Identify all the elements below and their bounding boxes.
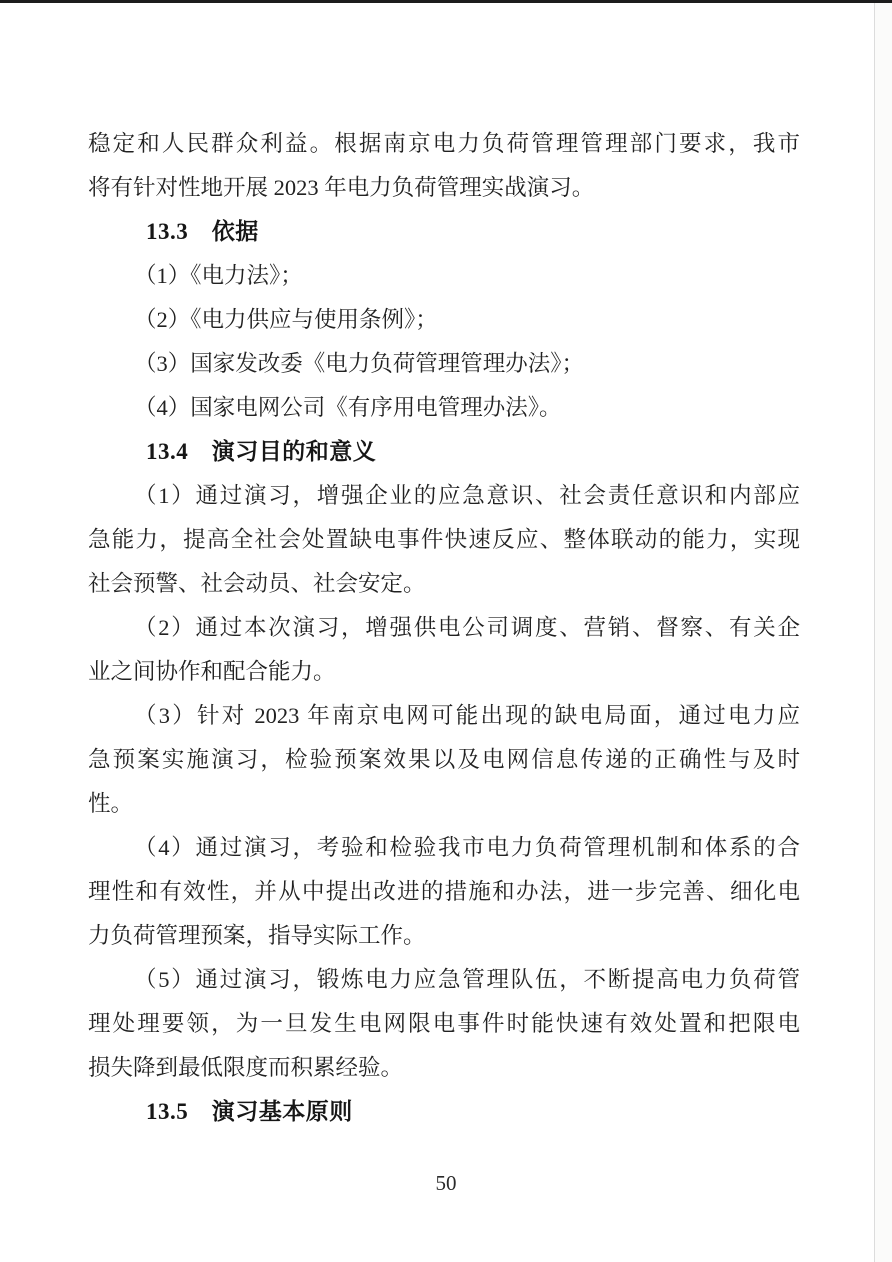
paragraph-line: 损失降到最低限度而积累经验。	[88, 1046, 800, 1090]
paragraph-line: 业之间协作和配合能力。	[88, 650, 800, 694]
paragraph-line: 性。	[88, 782, 800, 826]
paragraph-line: 稳定和人民群众利益。根据南京电力负荷管理管理部门要求，我市	[88, 122, 800, 166]
list-item: （3）国家发改委《电力负荷管理管理办法》；	[88, 342, 800, 386]
list-item: （4）国家电网公司《有序用电管理办法》。	[88, 386, 800, 430]
paragraph-line: 理性和有效性，并从中提出改进的措施和办法，进一步完善、细化电	[88, 870, 800, 914]
paragraph-line: 急能力，提高全社会处置缺电事件快速反应、整体联动的能力，实现	[88, 518, 800, 562]
paragraph-line: 理处理要领，为一旦发生电网限电事件时能快速有效处置和把限电	[88, 1002, 800, 1046]
text-block: 稳定和人民群众利益。根据南京电力负荷管理管理部门要求，我市 将有针对性地开展 2…	[88, 122, 800, 1134]
scan-right-margin	[875, 3, 892, 1262]
section-heading-13-4: 13.4 演习目的和意义	[88, 430, 800, 474]
section-heading-13-5: 13.5 演习基本原则	[88, 1090, 800, 1134]
document-page: 稳定和人民群众利益。根据南京电力负荷管理管理部门要求，我市 将有针对性地开展 2…	[0, 0, 892, 1262]
paragraph-line: 社会预警、社会动员、社会安定。	[88, 562, 800, 606]
paragraph-line: （3）针对 2023 年南京电网可能出现的缺电局面，通过电力应	[88, 694, 800, 738]
paragraph-line: （1）通过演习，增强企业的应急意识、社会责任意识和内部应	[88, 474, 800, 518]
list-item: （1）《电力法》；	[88, 254, 800, 298]
scan-right-edge-line	[874, 3, 875, 1262]
list-item: （2）《电力供应与使用条例》；	[88, 298, 800, 342]
paragraph-line: 力负荷管理预案，指导实际工作。	[88, 914, 800, 958]
section-heading-13-3: 13.3 依据	[88, 210, 800, 254]
paragraph-line: （2）通过本次演习，增强供电公司调度、营销、督察、有关企	[88, 606, 800, 650]
paragraph-line: （5）通过演习，锻炼电力应急管理队伍，不断提高电力负荷管	[88, 958, 800, 1002]
paragraph-line: （4）通过演习，考验和检验我市电力负荷管理机制和体系的合	[88, 826, 800, 870]
page-number: 50	[0, 1168, 892, 1198]
scan-top-edge	[0, 0, 892, 3]
paragraph-line: 将有针对性地开展 2023 年电力负荷管理实战演习。	[88, 166, 800, 210]
paragraph-line: 急预案实施演习，检验预案效果以及电网信息传递的正确性与及时	[88, 738, 800, 782]
